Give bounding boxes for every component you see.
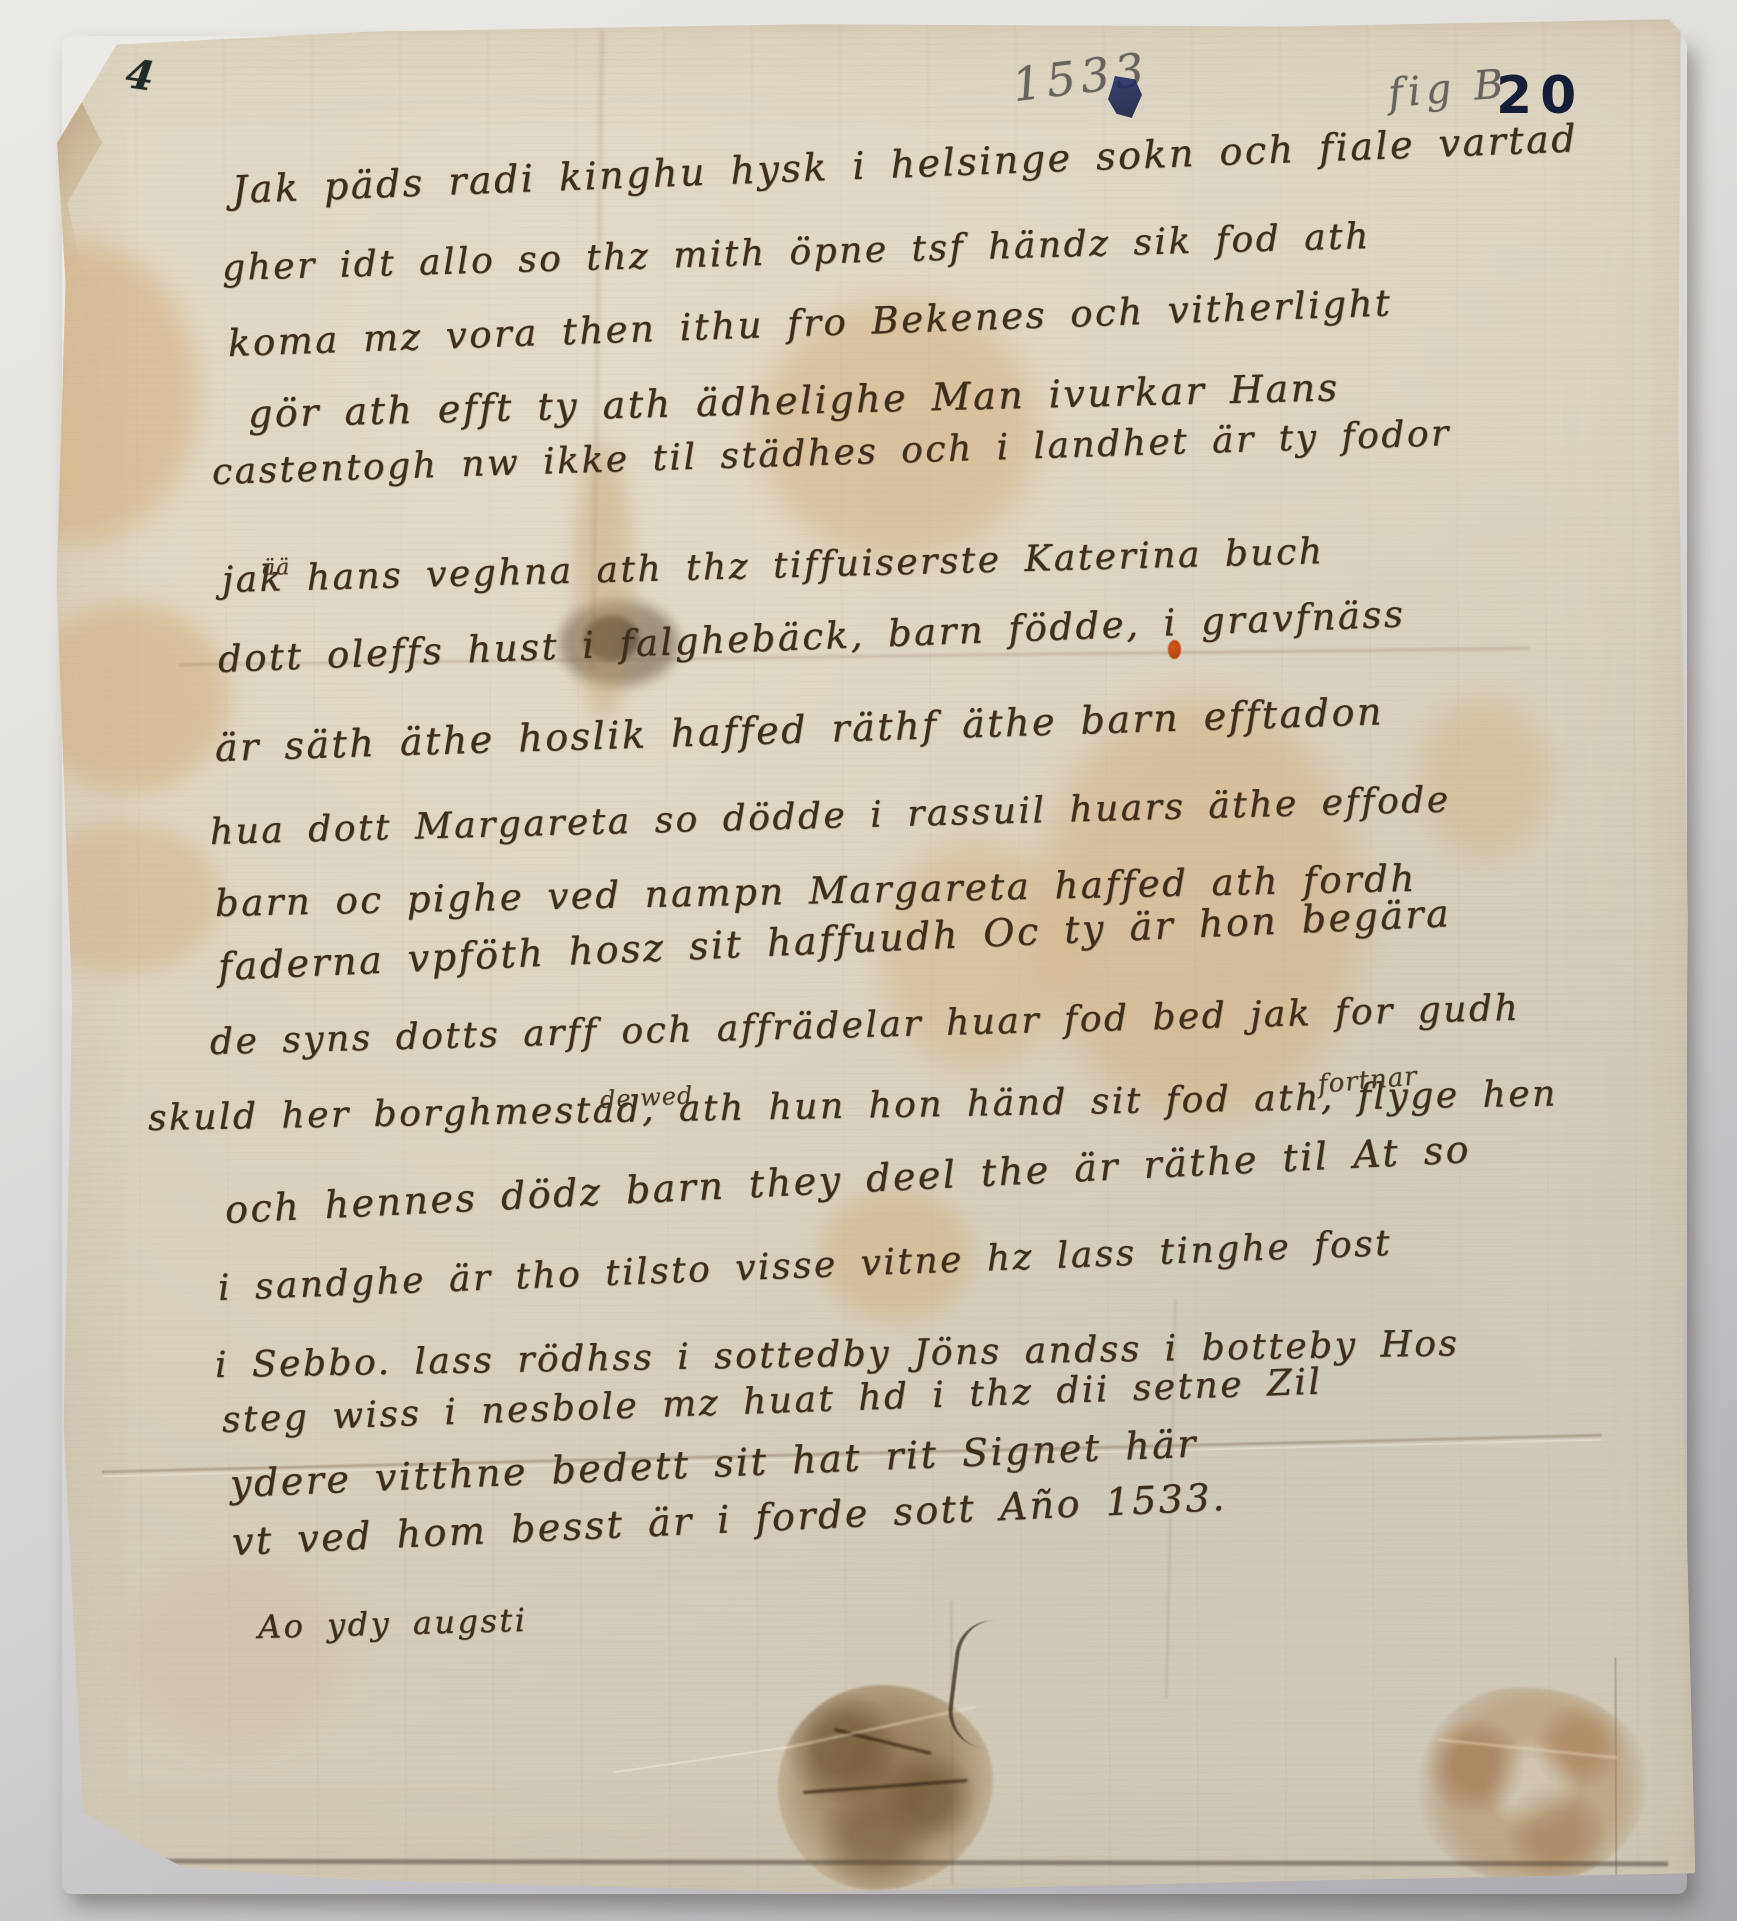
seal-crack: [803, 1779, 968, 1794]
stain: [30, 822, 221, 973]
stain: [758, 299, 1039, 560]
stain: [1039, 698, 1360, 1119]
stain-fold-streak: [573, 441, 634, 721]
stain: [122, 1562, 343, 1743]
fold-crease-highlight: [102, 1439, 1602, 1478]
letter-paper: [47, 17, 1699, 1903]
stain: [0, 242, 199, 543]
photograph-of-letter: Jak päds radi kinghu hysk i helsinge sok…: [0, 0, 1737, 1921]
stain: [880, 839, 1071, 1070]
wax-seal-right: [1418, 1687, 1649, 1883]
fold-crease-horizontal: [102, 1434, 1602, 1474]
seal-scratch: [1438, 1739, 1617, 1759]
fold-crease-horizontal: [179, 647, 1529, 666]
stain: [821, 1190, 971, 1321]
stain: [29, 602, 230, 793]
stain: [1419, 698, 1550, 858]
seal-scratch: [780, 1706, 976, 1750]
red-ink-dot: [1168, 640, 1181, 659]
fold-crease-vertical: [1165, 1299, 1176, 1699]
blue-archive-number: 20: [1496, 66, 1584, 126]
